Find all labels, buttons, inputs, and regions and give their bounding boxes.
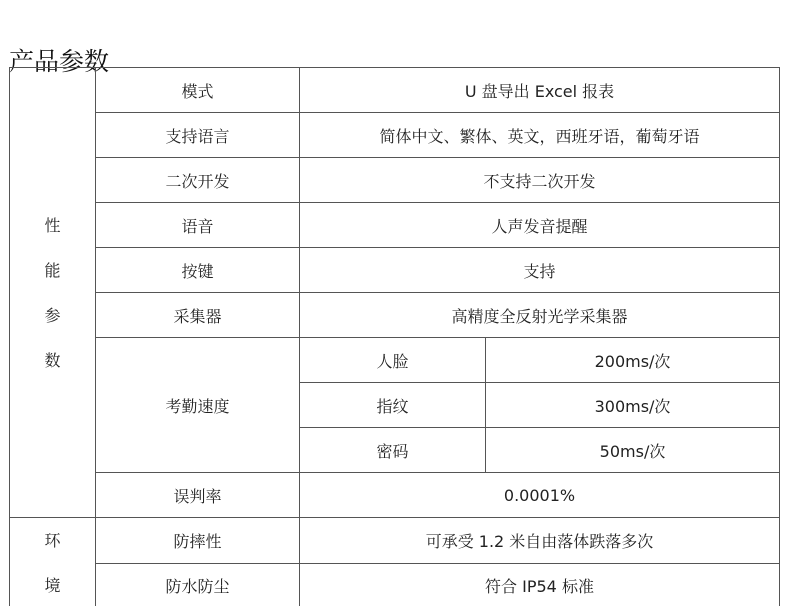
row-value: 可承受 1.2 米自由落体跌落多次 xyxy=(300,518,780,564)
row-value: 不支持二次开发 xyxy=(300,158,780,203)
row-label: 采集器 xyxy=(96,293,300,338)
row-label: 按键 xyxy=(96,248,300,293)
table-row: 语音 人声发音提醒 xyxy=(10,203,780,248)
table-row: 防水防尘 符合 IP54 标准 xyxy=(10,563,780,606)
category-char: 环 xyxy=(44,518,60,563)
category-char: 境 xyxy=(44,563,60,606)
row-value: 简体中文、繁体、英文，西班牙语，葡萄牙语 xyxy=(300,113,780,158)
sub-value: 50ms/次 xyxy=(486,428,780,473)
table-row: 支持语言 简体中文、繁体、英文，西班牙语，葡萄牙语 xyxy=(10,113,780,158)
row-value: 人声发音提醒 xyxy=(300,203,780,248)
sub-value: 300ms/次 xyxy=(486,383,780,428)
row-value: 符合 IP54 标准 xyxy=(300,563,780,606)
category-char: 数 xyxy=(44,338,60,383)
row-value: 0.0001% xyxy=(300,473,780,518)
table-row: 性 能 参 数 模式 U 盘导出 Excel 报表 xyxy=(10,68,780,113)
category-environment: 环 境 xyxy=(10,518,96,606)
category-performance: 性 能 参 数 xyxy=(10,68,96,518)
category-char: 性 xyxy=(44,203,60,248)
sub-value: 200ms/次 xyxy=(486,338,780,383)
table-row: 环 境 防摔性 可承受 1.2 米自由落体跌落多次 xyxy=(10,518,780,564)
row-label: 二次开发 xyxy=(96,158,300,203)
table-row: 误判率 0.0001% xyxy=(10,473,780,518)
row-label: 支持语言 xyxy=(96,113,300,158)
table-row: 采集器 高精度全反射光学采集器 xyxy=(10,293,780,338)
row-label: 模式 xyxy=(96,68,300,113)
spec-table: 性 能 参 数 模式 U 盘导出 Excel 报表 支持语言 简体中文、繁体、英… xyxy=(9,67,780,606)
category-char: 参 xyxy=(44,293,60,338)
row-value: U 盘导出 Excel 报表 xyxy=(300,68,780,113)
row-label: 语音 xyxy=(96,203,300,248)
sub-label: 指纹 xyxy=(300,383,486,428)
category-char: 能 xyxy=(44,248,60,293)
row-value: 支持 xyxy=(300,248,780,293)
row-label: 防摔性 xyxy=(96,518,300,564)
sub-label: 密码 xyxy=(300,428,486,473)
row-label: 防水防尘 xyxy=(96,563,300,606)
table-row: 二次开发 不支持二次开发 xyxy=(10,158,780,203)
row-label: 考勤速度 xyxy=(96,338,300,473)
table-row: 考勤速度 人脸 200ms/次 xyxy=(10,338,780,383)
sub-label: 人脸 xyxy=(300,338,486,383)
table-row: 按键 支持 xyxy=(10,248,780,293)
row-value: 高精度全反射光学采集器 xyxy=(300,293,780,338)
row-label: 误判率 xyxy=(96,473,300,518)
